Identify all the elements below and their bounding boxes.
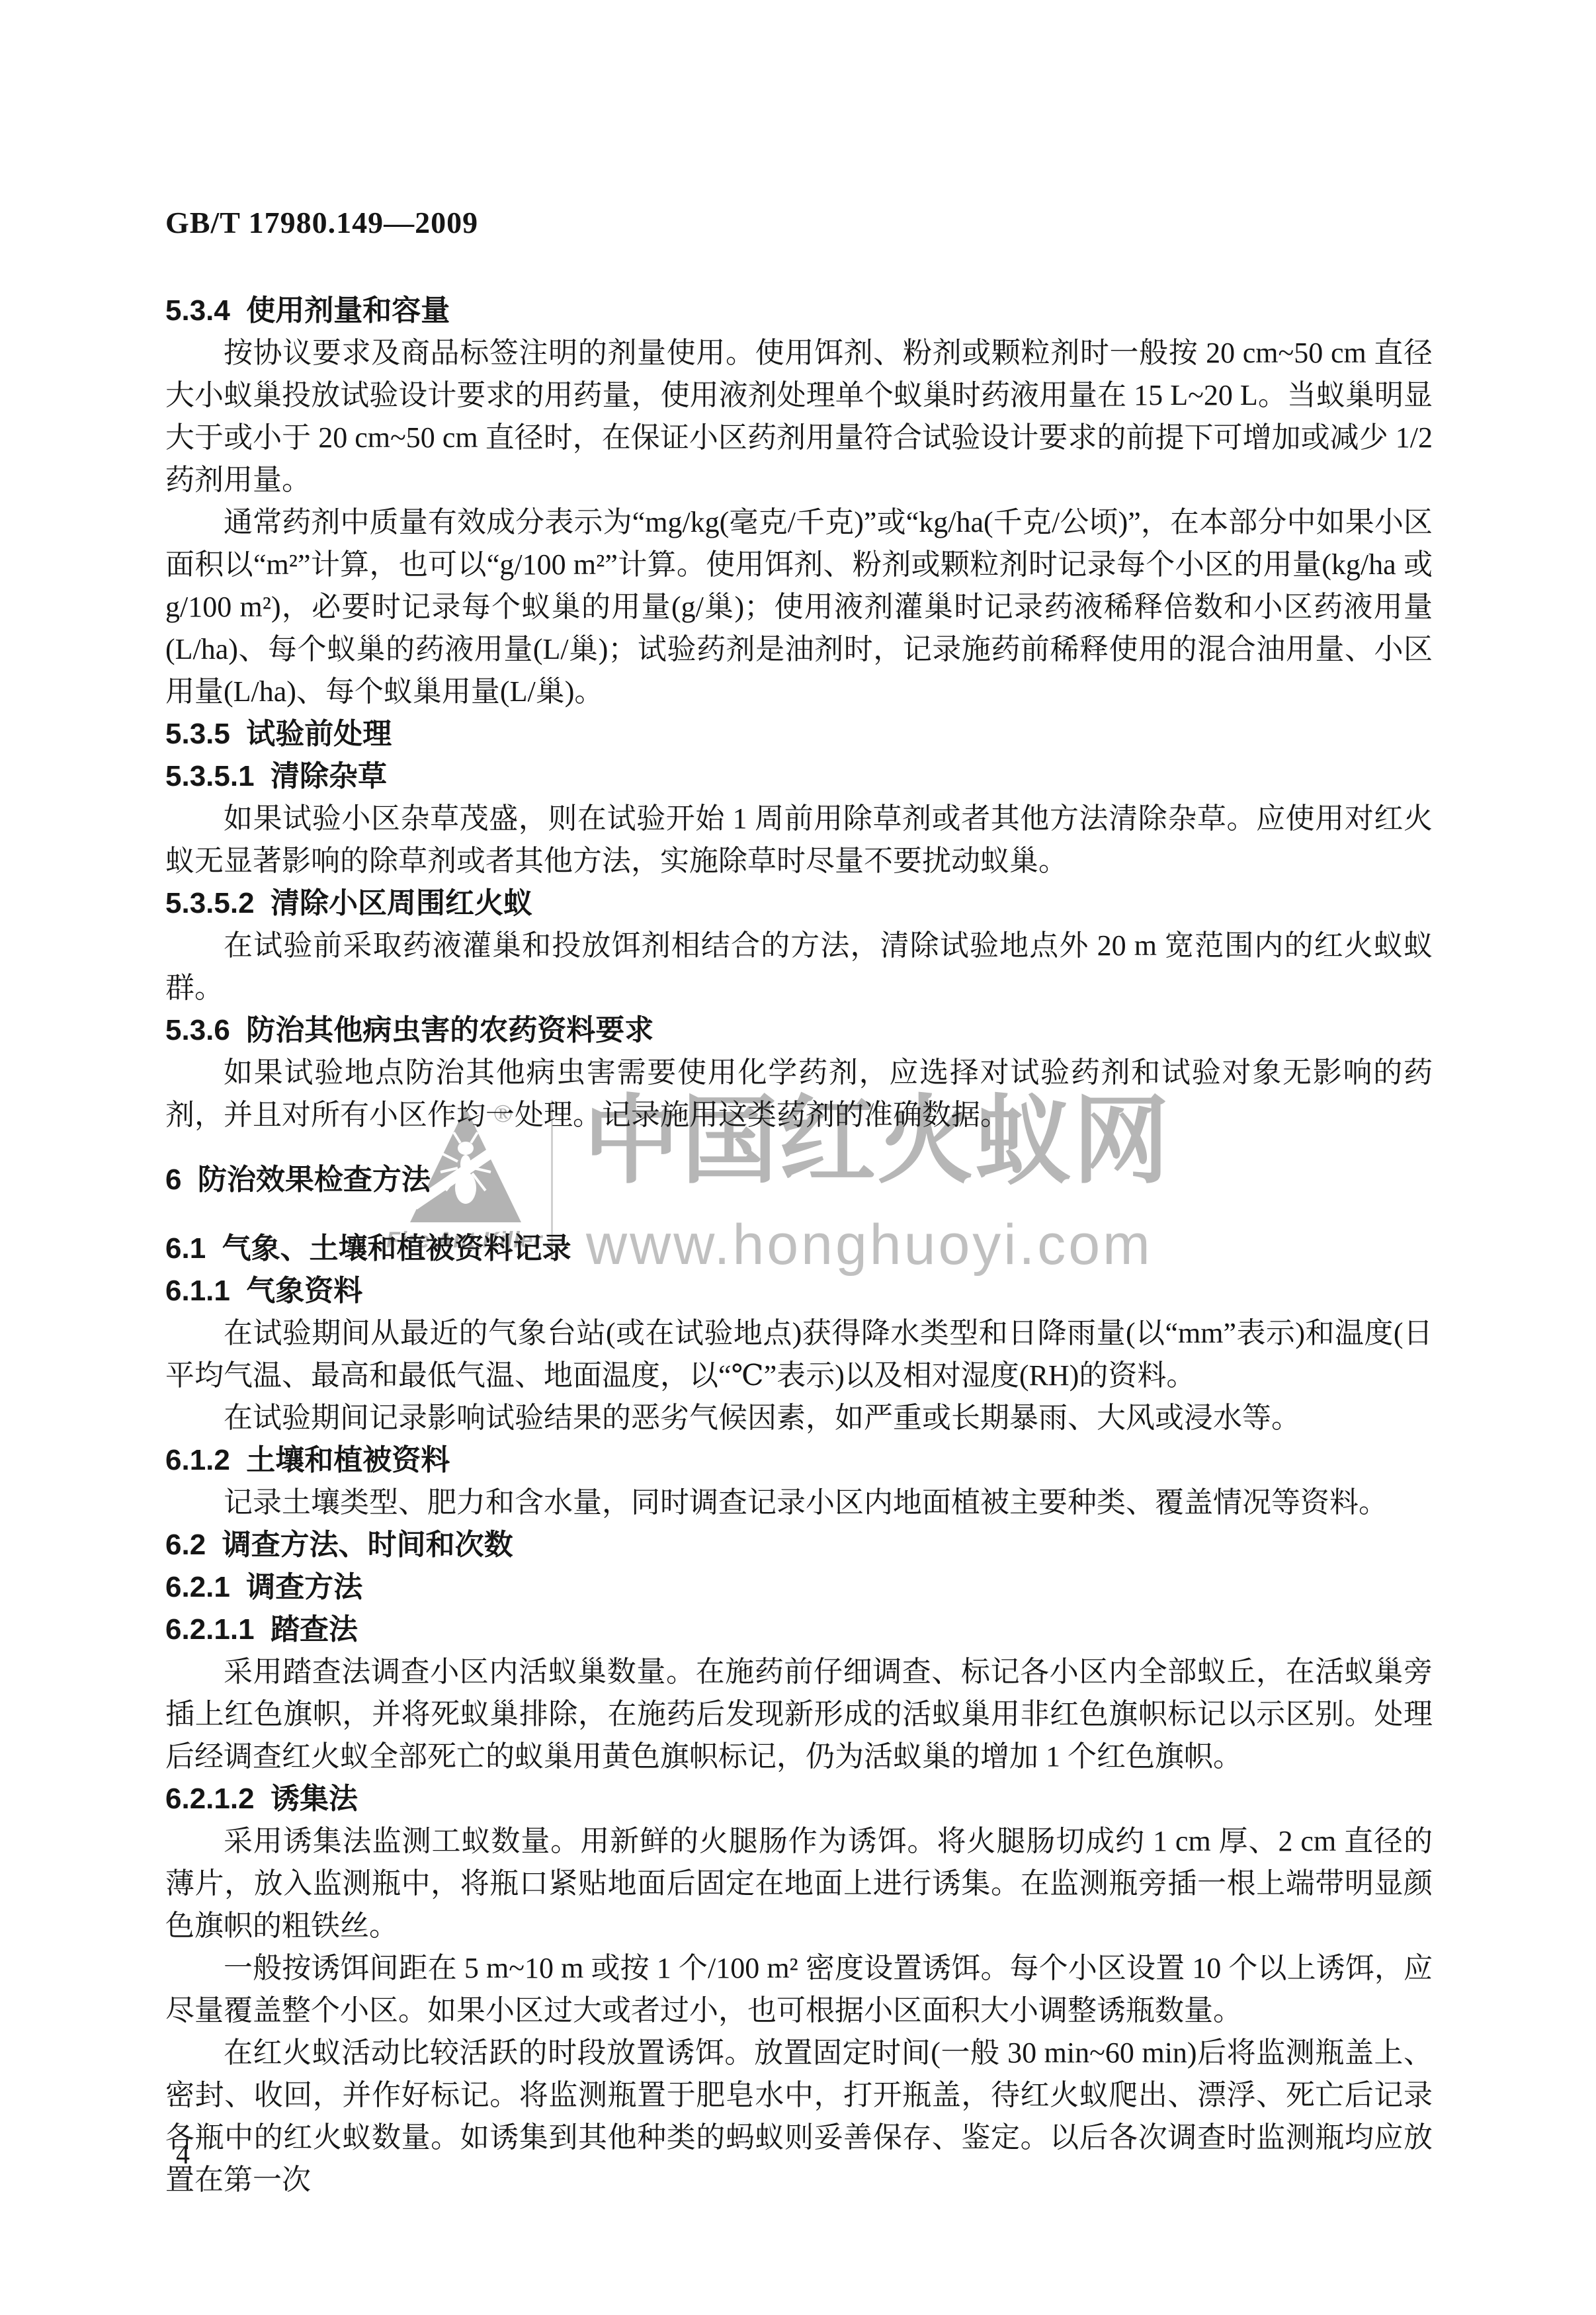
section-heading: 5.3.6 防治其他病虫害的农药资料要求 xyxy=(165,1009,1433,1052)
paragraph: 如果试验地点防治其他病虫害需要使用化学药剂，应选择对试验药剂和试验对象无影响的药… xyxy=(165,1052,1433,1136)
paragraph: 记录土壤类型、肥力和含水量，同时调查记录小区内地面植被主要种类、覆盖情况等资料。 xyxy=(165,1482,1433,1524)
page-number: 4 xyxy=(176,2139,190,2171)
paragraph: 一般按诱饵间距在 5 m~10 m 或按 1 个/100 m² 密度设置诱饵。每… xyxy=(165,1947,1433,2032)
section-heading: 6.2 调查方法、时间和次数 xyxy=(165,1524,1433,1566)
paragraph: 采用踏查法调查小区内活蚁巢数量。在施药前仔细调查、标记各小区内全部蚁丘，在活蚁巢… xyxy=(165,1651,1433,1778)
paragraph: 采用诱集法监测工蚁数量。用新鲜的火腿肠作为诱饵。将火腿肠切成约 1 cm 厚、2… xyxy=(165,1820,1433,1947)
paragraph: 在试验前采取药液灌巢和投放饵剂相结合的方法，清除试验地点外 20 m 宽范围内的… xyxy=(165,925,1433,1009)
scanned-standard-page: ® Fire Ant Killer 中国红火蚁网 www.honghuoyi.c… xyxy=(0,0,1596,2315)
section-heading: 5.3.4 使用剂量和容量 xyxy=(165,290,1433,332)
section-heading: 6.2.1.1 踏查法 xyxy=(165,1609,1433,1651)
paragraph: 在试验期间记录影响试验结果的恶劣气候因素，如严重或长期暴雨、大风或浸水等。 xyxy=(165,1397,1433,1439)
section-heading: 6.1 气象、土壤和植被资料记录 xyxy=(165,1228,1433,1270)
section-heading: 6.2.1 调查方法 xyxy=(165,1566,1433,1609)
section-heading: 6.2.1.2 诱集法 xyxy=(165,1778,1433,1820)
paragraph: 通常药剂中质量有效成分表示为“mg/kg(毫克/千克)”或“kg/ha(千克/公… xyxy=(165,501,1433,713)
section-heading: 5.3.5.2 清除小区周围红火蚁 xyxy=(165,882,1433,925)
document-body: 5.3.4 使用剂量和容量按协议要求及商品标签注明的剂量使用。使用饵剂、粉剂或颗… xyxy=(165,290,1433,2201)
section-heading: 6 防治效果检查方法 xyxy=(165,1159,1433,1201)
section-heading: 6.1.2 土壤和植被资料 xyxy=(165,1439,1433,1482)
paragraph: 如果试验小区杂草茂盛，则在试验开始 1 周前用除草剂或者其他方法清除杂草。应使用… xyxy=(165,798,1433,882)
section-heading: 5.3.5.1 清除杂草 xyxy=(165,755,1433,798)
section-heading: 6.1.1 气象资料 xyxy=(165,1270,1433,1312)
paragraph: 按协议要求及商品标签注明的剂量使用。使用饵剂、粉剂或颗粒剂时一般按 20 cm~… xyxy=(165,332,1433,501)
paragraph: 在试验期间从最近的气象台站(或在试验地点)获得降水类型和日降雨量(以“mm”表示… xyxy=(165,1312,1433,1397)
section-heading: 5.3.5 试验前处理 xyxy=(165,713,1433,755)
paragraph: 在红火蚁活动比较活跃的时段放置诱饵。放置固定时间(一般 30 min~60 mi… xyxy=(165,2032,1433,2201)
